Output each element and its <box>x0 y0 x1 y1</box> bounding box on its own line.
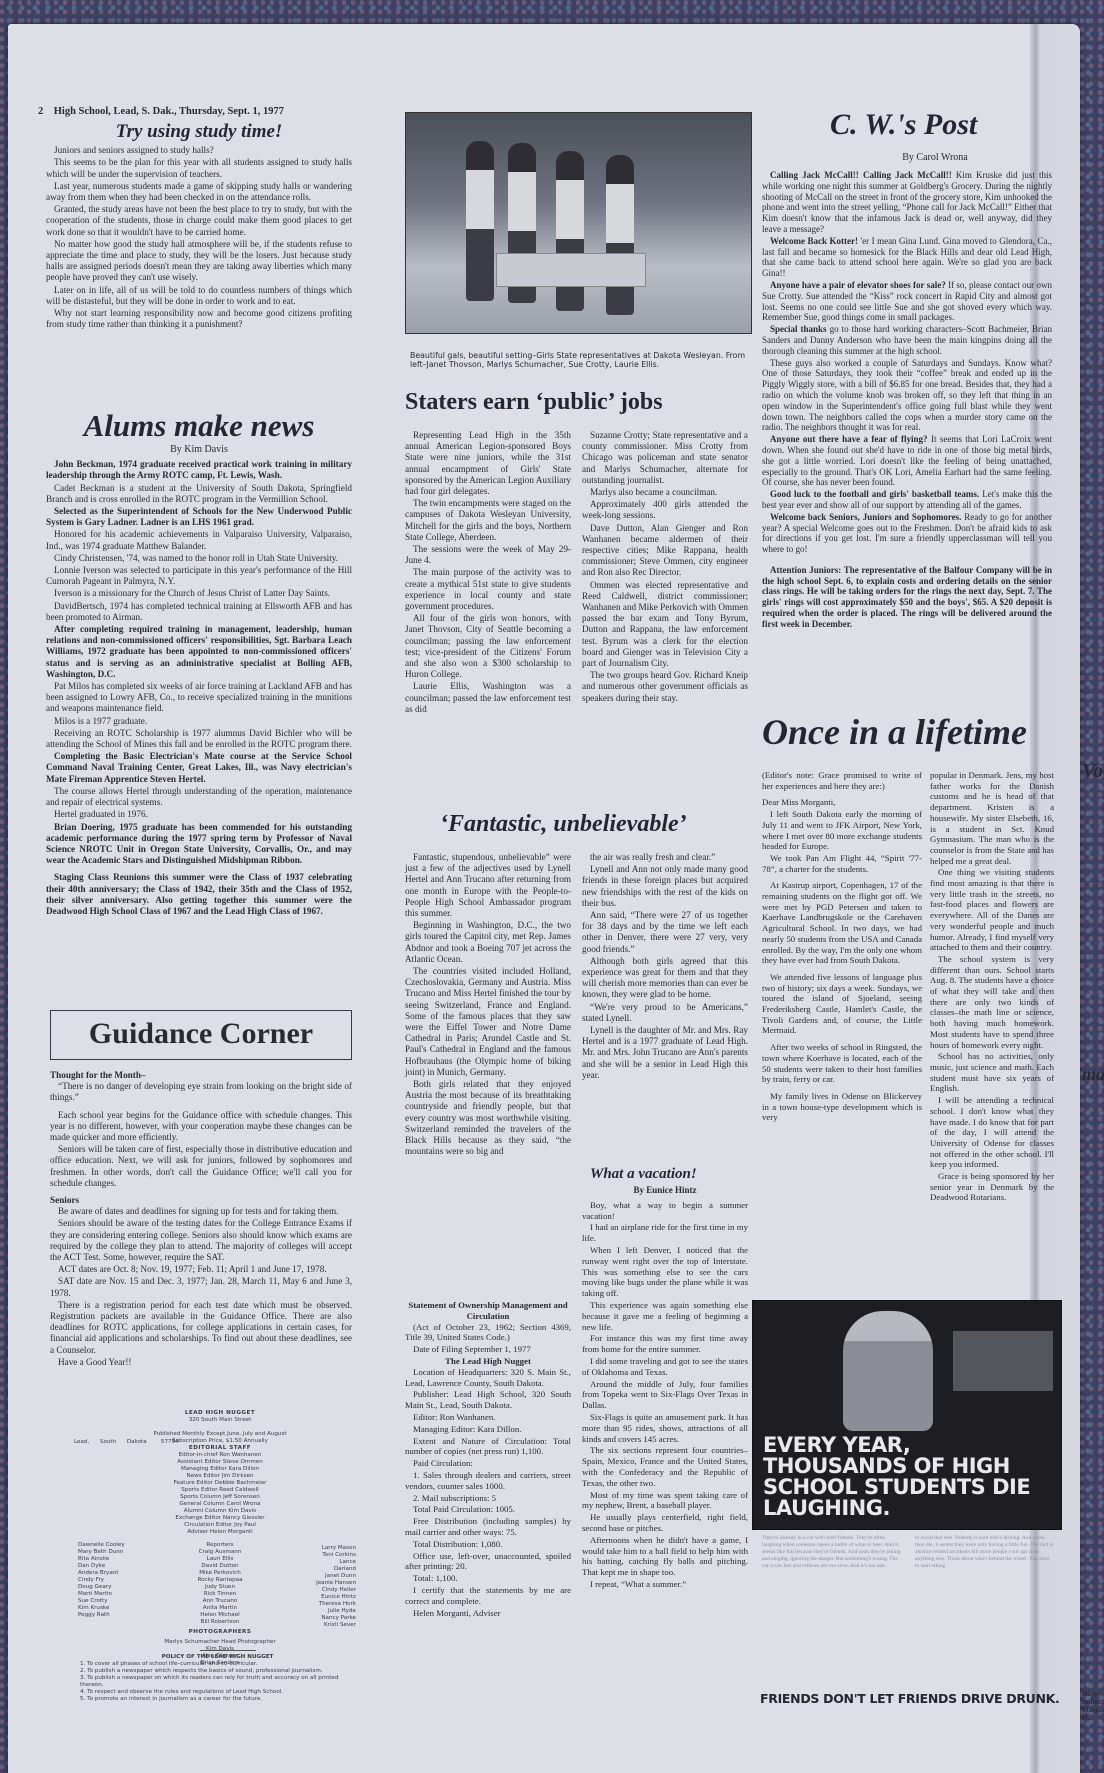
lifetime-p: School has no activities, only music, ju… <box>930 1051 1054 1094</box>
staters-p: All four of the girls won honors, with J… <box>405 613 571 680</box>
thought-quote: “There is no danger of developing eye st… <box>50 1081 352 1103</box>
lifetime-p: We attended five lessons of language plu… <box>762 972 922 1036</box>
staff-line: Managing Editor Kara Dillon <box>110 1466 330 1473</box>
fantastic-col1: Fantastic, stupendous, unbelievable” wer… <box>405 852 571 1158</box>
cw-post-item: Calling Jack McCall!! Calling Jack McCal… <box>762 170 1052 235</box>
vacation-p: I had an airplane ride for the first tim… <box>582 1222 748 1244</box>
masthead-address: 320 South Main Street <box>110 1417 330 1424</box>
ownership-detail: 2. Mail subscriptions: 5 <box>405 1493 571 1504</box>
vacation-article: What a vacation! By Eunice Hintz Boy, wh… <box>582 1165 748 1591</box>
reporter: Dan Dyke <box>78 1563 125 1570</box>
reporters-right: Larry Mason Toni Corkins Lance Darland J… <box>316 1545 356 1629</box>
masthead-city-line: Lead, South Dakota 57754 <box>74 1439 179 1446</box>
ownership-detail: Location of Headquarters: 320 S. Main St… <box>405 1367 571 1389</box>
reporter: Rocky Rantapaa <box>110 1577 330 1584</box>
staters-p: Marlys also became a councilman. <box>582 487 748 498</box>
masthead-state: South <box>100 1439 116 1445</box>
guidance-p2: Seniors will be taken care of first, esp… <box>50 1144 352 1189</box>
reporter: Nancy Parke <box>316 1615 356 1622</box>
lifetime-p: Dear Miss Morganti, <box>762 797 922 808</box>
cw-post-lead: Anyone have a pair of elevator shoes for… <box>770 280 946 290</box>
reporter: Bill Robertson <box>110 1619 330 1626</box>
reporter: Cindy Fry <box>78 1577 125 1584</box>
lifetime-p: After two weeks of school in Ringsted, t… <box>762 1042 922 1085</box>
masthead-state: Dakota <box>127 1439 147 1445</box>
study-time-p5: No matter how good the study hall atmosp… <box>46 239 352 284</box>
ownership-detail: 1. Sales through dealers and carriers, s… <box>405 1470 571 1492</box>
ownership-detail: Free Distribution (including samples) by… <box>405 1516 571 1538</box>
reporter: Doug Geary <box>78 1584 125 1591</box>
seniors-p: ACT dates are Oct. 8; Nov. 19, 1977; Feb… <box>50 1264 352 1275</box>
ownership-detail: Publisher: Lead High School, 320 South M… <box>405 1389 571 1411</box>
cw-post-item: Anyone have a pair of elevator shoes for… <box>762 280 1052 323</box>
ownership-statement: Statement of Ownership Management and Ci… <box>405 1300 571 1619</box>
fantastic-p: Ann said, “There were 27 of us together … <box>582 910 748 955</box>
alums-p: Iverson is a missionary for the Church o… <box>46 588 352 599</box>
cw-post-lead: Welcome back Seniors, Juniors and Sophom… <box>770 512 961 522</box>
ownership-paper-name: The Lead High Nugget <box>405 1356 571 1367</box>
alums-p: Completing the Basic Electrician's Mate … <box>46 751 352 785</box>
masthead-published: Published Monthly Except June, July and … <box>110 1431 330 1438</box>
lifetime-p: At Kastrup airport, Copenhagen, 17 of th… <box>762 880 922 966</box>
fantastic-headline: ‘Fantastic, unbelievable’ <box>440 811 760 838</box>
staff-line: Adviser Helen Morganti <box>110 1529 330 1536</box>
lifetime-col2: popular in Denmark. Jens, my host father… <box>930 770 1054 1260</box>
cw-post-item: Welcome back Seniors, Juniors and Sophom… <box>762 512 1052 555</box>
lifetime-p: Grace is being sponsored by her senior y… <box>930 1171 1054 1203</box>
ad-copy-right: to avoid that tree. Nobody is sure who's… <box>915 1535 1055 1570</box>
vacation-p: Most of my time was spent taking care of… <box>582 1490 748 1512</box>
staff-line: Assistant Editor Steve Ommen <box>110 1459 330 1466</box>
policy-item: 4. To respect and observe the rules and … <box>80 1689 355 1696</box>
reporter: Julie Hyde <box>316 1608 356 1615</box>
staff-line: Editor-in-chief Ron Wanhanen <box>110 1452 330 1459</box>
ad-headline: Every year, thousands of high school stu… <box>763 1435 1055 1519</box>
right-page-headline-fragment-2: mal <box>1082 1064 1104 1085</box>
lifetime-p: The school system is very different than… <box>930 954 1054 1050</box>
guidance-article: Thought for the Month– “There is no dang… <box>50 1070 352 1369</box>
vacation-p: I repeat, “What a summer.” <box>582 1579 748 1590</box>
policy-item: 1. To cover all phases of school life–cu… <box>80 1661 355 1668</box>
vacation-byline: By Eunice Hintz <box>582 1185 748 1196</box>
cw-post-column: Calling Jack McCall!! Calling Jack McCal… <box>762 170 1052 631</box>
reporter: Mike Perkovich <box>110 1570 330 1577</box>
study-time-article: Try using study time! Juniors and senior… <box>46 126 352 331</box>
cw-post-item: Anyone out there have a fear of flying? … <box>762 434 1052 488</box>
seniors-p: Seniors should be aware of the testing d… <box>50 1218 352 1263</box>
study-time-p2: This seems to be the plan for this year … <box>46 157 352 179</box>
alums-p: Honored for his academic achievements in… <box>46 529 352 551</box>
reporter: Lauri Ellis <box>110 1556 330 1563</box>
reporter: Toni Corkins <box>316 1552 356 1559</box>
reporter: Jeanie Hansen <box>316 1580 356 1587</box>
cw-post-item: These guys also worked a couple of Satur… <box>762 358 1052 434</box>
vacation-p: Boy, what a way to begin a summer vacati… <box>582 1200 748 1222</box>
lifetime-p: One thing we visiting students find most… <box>930 867 1054 953</box>
photographer: Marlys Schumacher Head Photographer <box>110 1639 330 1646</box>
ownership-detail: Managing Editor: Kara Dillon. <box>405 1424 571 1435</box>
vacation-p: Afternoons when he didn't have a game, I… <box>582 1535 748 1578</box>
ownership-detail: Total: 1,100. <box>405 1573 571 1584</box>
staff-line: Alumni Column Kim Davis <box>110 1508 330 1515</box>
fantastic-p: the air was really fresh and clear.” <box>582 852 748 863</box>
seniors-p: Have a Good Year!! <box>50 1357 352 1368</box>
alums-p: Hertel graduated in 1976. <box>46 809 352 820</box>
ownership-detail: Paid Circulation: <box>405 1458 571 1469</box>
study-time-p1: Juniors and seniors assigned to study ha… <box>46 145 352 156</box>
reporters-left: Dawnelle Cooley Mary Beth Dunn Rita Ains… <box>78 1542 125 1619</box>
ad-copy-left: They're already in a car with their frie… <box>762 1535 902 1570</box>
reporter: Craig Ausmann <box>110 1549 330 1556</box>
reporter: Anita Martin <box>110 1605 330 1612</box>
cw-post-lead: Special thanks <box>770 324 827 334</box>
staters-p: Laurie Ellis, Washington was a councilma… <box>405 681 571 715</box>
right-page-caption-fragment: Happy smiles... Margaret H... <box>1082 1690 1104 1722</box>
guidance-p1: Each school year begins for the Guidance… <box>50 1110 352 1144</box>
alums-p: Staging Class Reunions this summer were … <box>46 872 352 917</box>
alums-p: Selected as the Superintendent of School… <box>46 506 352 528</box>
staters-headline: Staters earn ‘public’ jobs <box>405 389 705 416</box>
alums-p: Pat Milos has completed six weeks of air… <box>46 681 352 715</box>
alums-p: DavidBertsch, 1974 has completed technic… <box>46 601 352 623</box>
guidance-title-box: Guidance Corner <box>50 1010 352 1060</box>
masthead-name: LEAD HIGH NUGGET <box>110 1410 330 1417</box>
study-time-p6: Later on in life, all of us will be told… <box>46 285 352 307</box>
car-window <box>953 1331 1053 1391</box>
lifetime-headline: Once in a lifetime <box>762 712 1062 752</box>
reporter: Helen Michael <box>110 1612 330 1619</box>
reporter: Marti Martin <box>78 1591 125 1598</box>
vacation-p: When I left Denver, I noticed that the r… <box>582 1245 748 1299</box>
masthead-zip: 57754 <box>161 1439 179 1445</box>
photographers-heading: PHOTOGRAPHERS <box>110 1629 330 1636</box>
alums-byline: By Kim Davis <box>46 444 352 455</box>
person-figure <box>556 151 584 311</box>
seniors-p: SAT date are Nov. 15 and Dec. 3, 1977; J… <box>50 1276 352 1298</box>
person-figure <box>606 155 634 315</box>
person-figure <box>466 141 494 301</box>
lifetime-col1: (Editor's note: Grace promised to write … <box>762 770 922 1124</box>
folio: 2 High School, Lead, S. Dak., Thursday, … <box>38 106 284 117</box>
reporters-heading: Reporters <box>110 1542 330 1549</box>
lifetime-p: (Editor's note: Grace promised to write … <box>762 770 922 791</box>
vacation-p: Six-Flags is quite an amusement park. It… <box>582 1412 748 1444</box>
study-time-p4: Granted, the study areas have not been t… <box>46 204 352 238</box>
ownership-detail: Extent and Nature of Circulation: Total … <box>405 1436 571 1458</box>
reporter: Eunice Hintz <box>316 1594 356 1601</box>
fantastic-p: Fantastic, stupendous, unbelievable” wer… <box>405 852 571 919</box>
staff-heading: EDITORIAL STAFF <box>110 1445 330 1452</box>
reporter: Kim Kruske <box>78 1605 125 1612</box>
ownership-title: Statement of Ownership Management and Ci… <box>405 1300 571 1322</box>
cw-post-item: Special thanks go to those hard working … <box>762 324 1052 356</box>
vacation-p: I did some traveling and got to see the … <box>582 1356 748 1378</box>
alums-p: Cindy Christensen, '74, was named to the… <box>46 553 352 564</box>
staff-line: Circulation Editor Joy Paul <box>110 1522 330 1529</box>
alums-p: John Beckman, 1974 graduate received pra… <box>46 459 352 481</box>
staff-line: News Editor Jim Dirksen <box>110 1473 330 1480</box>
policy-item: 5. To promote an interest in journalism … <box>80 1696 355 1703</box>
fantastic-p: Although both girls agreed that this exp… <box>582 956 748 1001</box>
staters-col1: Representing Lead High in the 35th annua… <box>405 430 571 716</box>
person-figure <box>843 1311 933 1431</box>
lifetime-p: I left South Dakota early the morning of… <box>762 809 922 852</box>
seniors-p: There is a registration period for each … <box>50 1300 352 1356</box>
alums-p: Cadet Beckman is a student at the Univer… <box>46 483 352 505</box>
cw-post-lead: Calling Jack McCall!! Calling Jack McCal… <box>770 170 952 180</box>
reporter: David Dutton <box>110 1563 330 1570</box>
ownership-detail: Total Paid Circulation: 1005. <box>405 1504 571 1515</box>
lifetime-p: popular in Denmark. Jens, my host father… <box>930 770 1054 866</box>
staff-line: Sports Column Jeff Sorensen <box>110 1494 330 1501</box>
staters-p: The twin encampments were staged on the … <box>405 498 571 543</box>
ownership-detail: Total Distribution: 1,080. <box>405 1539 571 1550</box>
study-time-p3: Last year, numerous students made a game… <box>46 181 352 203</box>
reporter: Rick Tinnen <box>110 1591 330 1598</box>
vacation-p: The six sections represent four countrie… <box>582 1445 748 1488</box>
staff-line: Sports Editor Reed Caldwell <box>110 1487 330 1494</box>
masthead: LEAD HIGH NUGGET 320 South Main Street P… <box>110 1410 330 1667</box>
bench <box>496 253 646 287</box>
staters-p: Representing Lead High in the 35th annua… <box>405 430 571 497</box>
policy-item: 2. To publish a newspaper which respects… <box>80 1668 355 1675</box>
ownership-detail: Editor: Ron Wanhanen. <box>405 1412 571 1423</box>
policy-heading: POLICY OF THE LEAD HIGH NUGGET <box>80 1654 355 1661</box>
drunk-driving-ad-photo: Every year, thousands of high school stu… <box>752 1300 1062 1530</box>
page-number: 2 <box>38 106 43 117</box>
staters-p: The sessions were the week of May 29-Jun… <box>405 544 571 566</box>
masthead-divider <box>200 1650 256 1651</box>
alums-p: Milos is a 1977 graduate. <box>46 716 352 727</box>
reporter: Sue Crotty <box>78 1598 125 1605</box>
reporter: Kristi Sever <box>316 1622 356 1629</box>
reporter: Larry Mason <box>316 1545 356 1552</box>
reporter: Janet Dunn <box>316 1573 356 1580</box>
alums-p: Receiving an ROTC Scholarship is 1977 al… <box>46 728 352 750</box>
staff-line: General Column Carol Wrona <box>110 1501 330 1508</box>
lifetime-p: I will be attending a technical school. … <box>930 1095 1054 1170</box>
girls-state-caption: Beautiful gals, beautiful setting–Girls … <box>410 351 750 370</box>
alums-headline: Alums make news <box>46 410 352 442</box>
masthead-city: Lead, <box>74 1439 89 1445</box>
ownership-line: Date of Filing September 1, 1977 <box>405 1344 571 1355</box>
cw-post-headline: C. W.'s Post <box>830 108 1060 142</box>
reporter: Andera Bryant <box>78 1570 125 1577</box>
alums-p: After completing required training in ma… <box>46 624 352 680</box>
lifetime-p: My family lives in Odense on Blickervey … <box>762 1091 922 1123</box>
reporter: Judy Stuen <box>110 1584 330 1591</box>
vacation-p: For instance this was my first time away… <box>582 1333 748 1355</box>
alums-p: The course allows Hertel through underst… <box>46 786 352 808</box>
reporter: Ann Trucano <box>110 1598 330 1605</box>
ad-tagline: FRIENDS DON'T LET FRIENDS DRIVE DRUNK. <box>760 1691 1060 1706</box>
fantastic-p: Lynell is the daughter of Mr. and Mrs. R… <box>582 1025 748 1081</box>
class-rings-notice: Attention Juniors: The representative of… <box>762 565 1052 630</box>
ownership-detail: I certify that the statements by me are … <box>405 1585 571 1607</box>
staters-p: Suzanne Crotty; State representative and… <box>582 430 748 486</box>
thought-label: Thought for the Month– <box>50 1070 352 1081</box>
vacation-p: This experience was again something else… <box>582 1300 748 1332</box>
policy-item: 3. To publish a newspaper on which its r… <box>80 1675 355 1689</box>
reporter: Peggy Rath <box>78 1612 125 1619</box>
reporter: Theresa Hork <box>316 1601 356 1608</box>
ownership-detail: Helen Morganti, Adviser <box>405 1608 571 1619</box>
staters-p: Ommen was elected representative and Ree… <box>582 580 748 670</box>
guidance-title: Guidance Corner <box>89 1017 313 1050</box>
seniors-label: Seniors <box>50 1195 352 1206</box>
dateline: High School, Lead, S. Dak., Thursday, Se… <box>54 106 284 117</box>
ownership-line: (Act of October 23, 1962; Section 4369, … <box>405 1322 571 1344</box>
fantastic-col2: the air was really fresh and clear.” Lyn… <box>582 852 748 1082</box>
cw-post-lead: Anyone out there have a fear of flying? <box>770 434 928 444</box>
staff-line: Feature Editor Debbie Bachmeier <box>110 1480 330 1487</box>
fantastic-p: “We're very proud to be Americans,” stat… <box>582 1002 748 1024</box>
cw-post-lead: Welcome Back Kotter! <box>770 236 858 246</box>
staff-line: Exchange Editor Nancy Giessler <box>110 1515 330 1522</box>
staters-p: Approximately 400 girls attended the wee… <box>582 499 748 521</box>
cw-post-item: Good luck to the football and girls' bas… <box>762 489 1052 511</box>
staters-col2: Suzanne Crotty; State representative and… <box>582 430 748 705</box>
reporter: Lance Darland <box>316 1559 356 1573</box>
fantastic-p: Beginning in Washington, D.C., the two g… <box>405 920 571 965</box>
alums-p: Lonnie Iverson was selected to participa… <box>46 565 352 587</box>
study-time-p7: Why not start learning responsibility no… <box>46 308 352 330</box>
reporter: Cindy Heller <box>316 1587 356 1594</box>
fantastic-p: Both girls related that they enjoyed Aus… <box>405 1079 571 1157</box>
reporter: Dawnelle Cooley <box>78 1542 125 1549</box>
vacation-p: Around the middle of July, four families… <box>582 1379 748 1411</box>
reporter: Mary Beth Dunn <box>78 1549 125 1556</box>
cw-post-lead: Good luck to the football and girls' bas… <box>770 489 979 499</box>
lifetime-p: We took Pan Am Flight 44, “Spirit '77-78… <box>762 853 922 874</box>
study-time-headline: Try using study time! <box>46 126 352 137</box>
cw-post-item: Welcome Back Kotter! 'er I mean Gina Lun… <box>762 236 1052 279</box>
seniors-p: Be aware of dates and deadlines for sign… <box>50 1206 352 1217</box>
vacation-headline: What a vacation! <box>582 1165 748 1183</box>
cw-post-byline: By Carol Wrona <box>860 152 1010 163</box>
fantastic-p: Lynell and Ann not only made many good f… <box>582 864 748 909</box>
ownership-detail: Office use, left-over, unaccounted, spoi… <box>405 1551 571 1573</box>
staters-p: The two groups heard Gov. Richard Kneip … <box>582 670 748 704</box>
fantastic-p: The countries visited included Holland, … <box>405 966 571 1078</box>
alums-article: Alums make news By Kim Davis John Beckma… <box>46 410 352 918</box>
cw-post-text: These guys also worked a couple of Satur… <box>762 358 1052 433</box>
policy: POLICY OF THE LEAD HIGH NUGGET 1. To cov… <box>80 1654 355 1703</box>
girls-state-photo <box>405 112 752 334</box>
right-page-headline-fragment: Voc <box>1082 760 1104 783</box>
staters-p: Dave Dutton, Alan Gienger and Ron Wanhan… <box>582 523 748 579</box>
staters-p: The main purpose of the activity was to … <box>405 567 571 612</box>
vacation-p: He usually plays centerfield, right fiel… <box>582 1512 748 1534</box>
reporter: Rita Ainslie <box>78 1556 125 1563</box>
alums-p: Brian Doering, 1975 graduate has been co… <box>46 822 352 867</box>
